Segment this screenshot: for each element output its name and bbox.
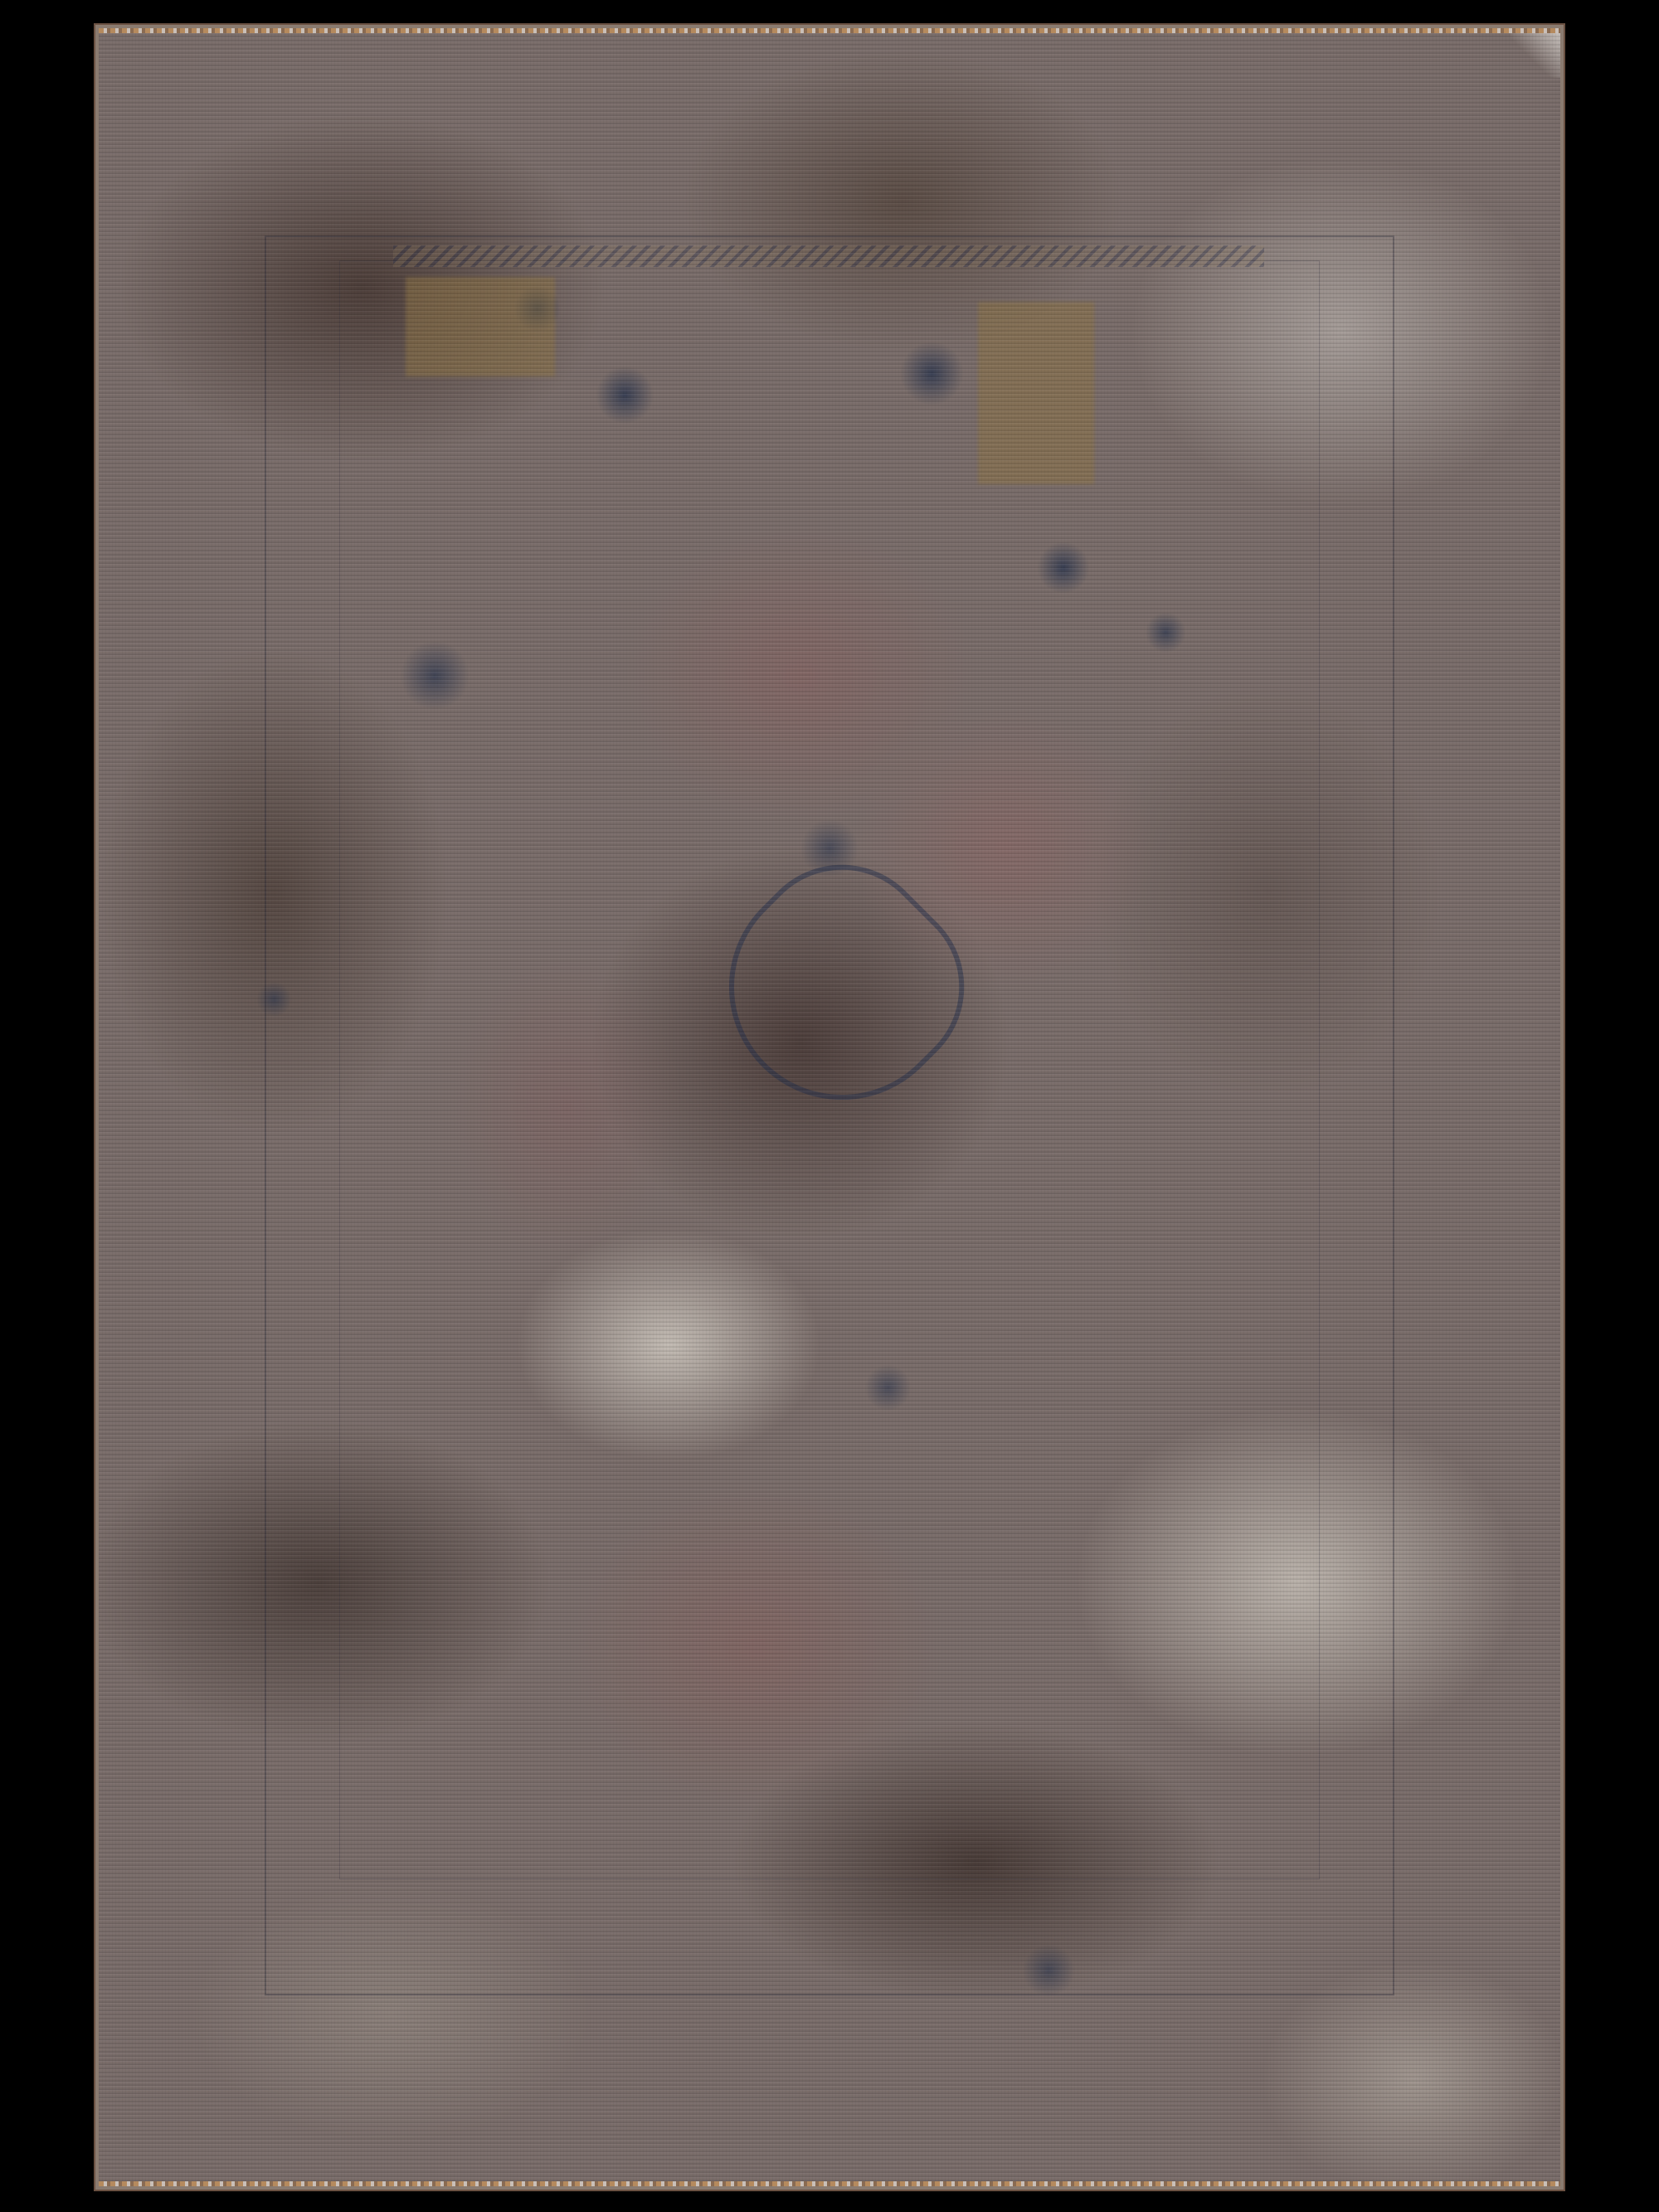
rug-pile-texture: [99, 28, 1560, 2186]
rug-bottom-edge: [99, 2181, 1560, 2186]
rug: [95, 25, 1564, 2190]
rug-top-edge: [99, 28, 1560, 33]
photo-background: [0, 0, 1659, 2212]
